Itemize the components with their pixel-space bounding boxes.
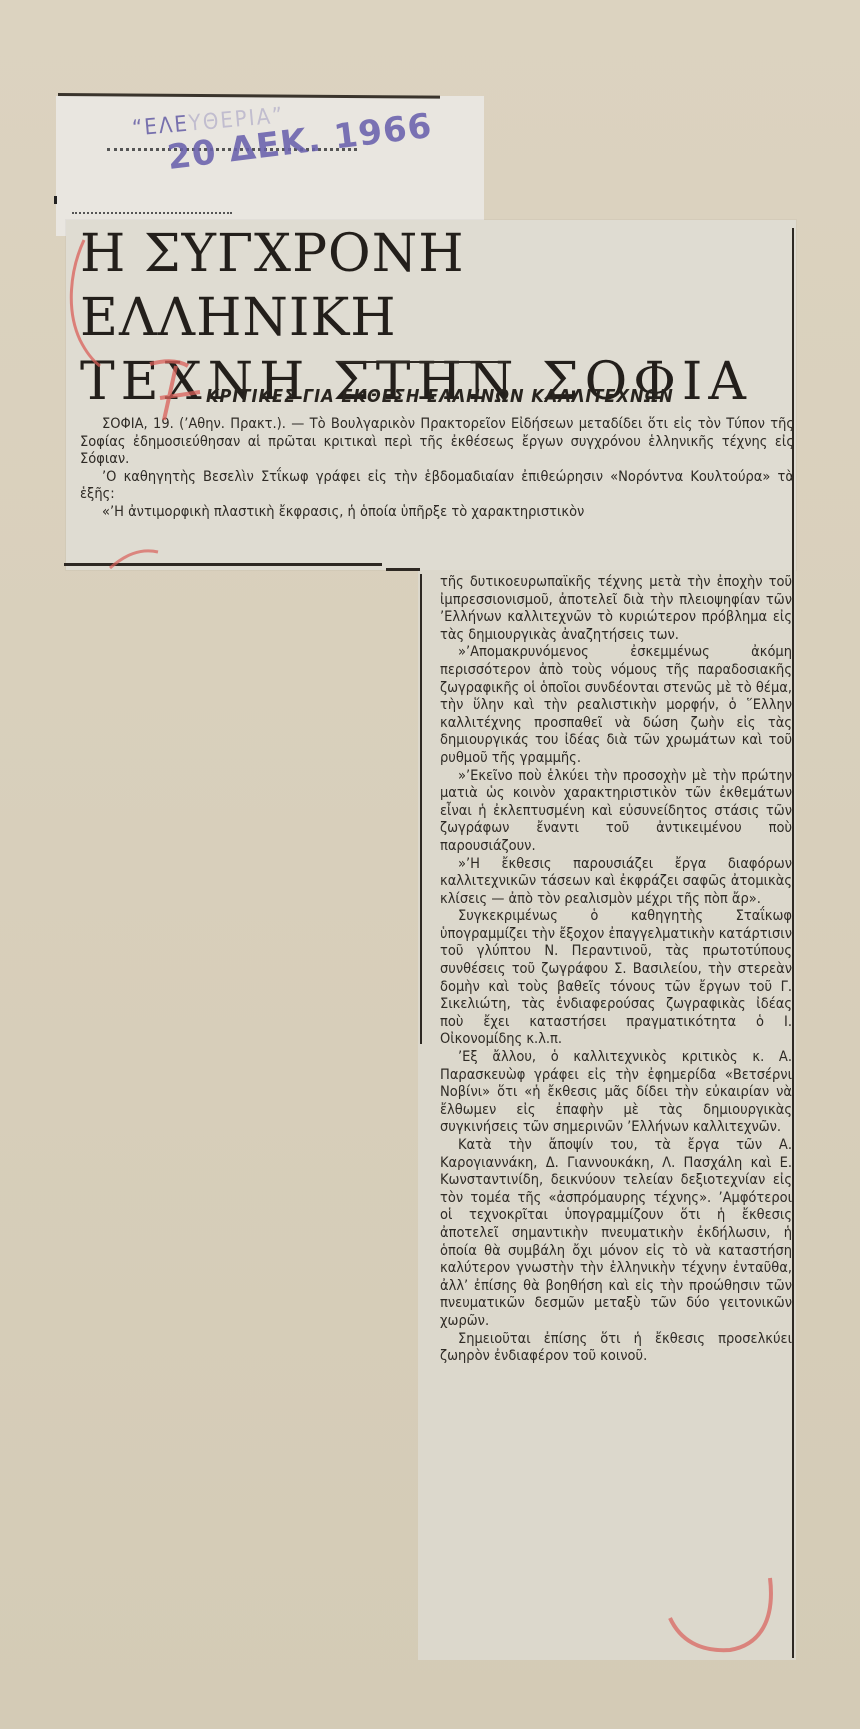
column-rule-left <box>420 574 422 1044</box>
article-column: τῆς δυτικοευρωπαϊκῆς τέχνης μετὰ τὴν ἐπο… <box>440 574 792 1366</box>
column-paragraph: Κατὰ τὴν ἄποψίν του, τὰ ἔργα τῶν Α. Καρο… <box>440 1137 792 1331</box>
column-paragraph: »’Εκεῖνο ποὺ ἑλκύει τὴν προσοχὴν μὲ τὴν … <box>440 768 792 856</box>
slip-mark <box>54 196 57 204</box>
section-rule <box>64 563 382 566</box>
lead-paragraph: «’Η ἀντιμορφικὴ πλαστικὴ ἔκφρασις, ἡ ὁπο… <box>80 504 794 522</box>
column-paragraph: Συγκεκριμένως ὁ καθηγητὴς Σταΐκωφ ὑπογρα… <box>440 908 792 1049</box>
column-paragraph: ’Εξ ἄλλου, ὁ καλλιτεχνικὸς κριτικὸς κ. Α… <box>440 1049 792 1137</box>
headline-rule <box>337 361 507 363</box>
column-paragraph: »’Η ἔκθεσις παρουσιάζει ἔργα διαφόρων κα… <box>440 856 792 909</box>
dotted-line-2 <box>72 212 232 214</box>
column-paragraph: »’Απομακρυνόμενος ἐσκεμμένως ἀκόμη περισ… <box>440 644 792 767</box>
lead-paragraph: ΣΟΦΙΑ, 19. (’Αθην. Πρακτ.). — Τὸ Βουλγαρ… <box>80 416 794 469</box>
lead-paragraph: ’Ο καθηγητὴς Βεσελὶν Στΐκωφ γράφει εἰς τ… <box>80 469 794 504</box>
lead-text: ΣΟΦΙΑ, 19. (’Αθην. Πρακτ.). — Τὸ Βουλγαρ… <box>80 416 794 521</box>
column-paragraph: τῆς δυτικοευρωπαϊκῆς τέχνης μετὰ τὴν ἐπο… <box>440 574 792 644</box>
subheadline: ΚΡΙΤΙΚΕΣ ΓΙΑ ΕΚΘΕΣΗ ΕΛΛΗΝΩΝ ΚΑΛΛΙΤΕΧΝΩΝ <box>206 386 796 407</box>
column-paragraph: Σημειοῦται ἐπίσης ὅτι ἡ ἔκθεσις προσελκύ… <box>440 1331 792 1366</box>
headline-line-1: Η ΣΥΓΧΡΟΝΗ ΕΛΛΗΝΙΚΗ <box>80 222 790 350</box>
section-rule-short <box>386 568 420 571</box>
